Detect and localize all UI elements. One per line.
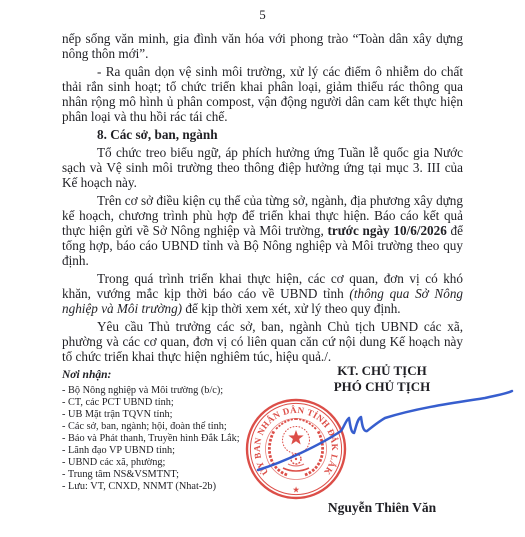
recipient-item: - Bộ Nông nghiệp và Môi trường (b/c); [62,385,272,397]
deadline-text: trước ngày 10/6/2026 [328,223,447,238]
paragraph: Trong quá trình triển khai thực hiện, cá… [62,271,463,316]
paragraph: Yêu cầu Thủ trưởng các sở, ban, ngành Ch… [62,319,463,364]
paragraph: Tổ chức treo biểu ngữ, áp phích hưởng ứn… [62,145,463,190]
text-run: nếp sống văn minh, gia đình văn hóa với … [62,31,463,61]
emblem-cogwheel-icon [291,454,301,464]
document-page: 5 nếp sống văn minh, gia đình văn hóa vớ… [62,8,463,367]
signer-title-block: KT. CHỦ TỊCH PHÓ CHỦ TỊCH [276,363,488,394]
emblem-ribbon [283,468,309,471]
recipient-item: - Lãnh đạo VP UBND tỉnh; [62,445,272,457]
seal-emblem-boundary [266,419,327,480]
recipient-item: - Các sở, ban, ngành; hội, đoàn thể tỉnh… [62,421,272,433]
seal-inner-ring [250,403,341,494]
seal-bottom-star-icon: ★ [292,486,300,496]
page-number: 5 [62,8,463,21]
recipient-item: - Trung tâm NS&VSMTNT; [62,469,272,481]
paragraph: nếp sống văn minh, gia đình văn hóa với … [62,31,463,61]
official-seal-stamp: ỦY BAN NHÂN DÂN TỈNH ĐẮK LẮK ★ [245,398,347,500]
recipient-item: - Lưu: VT, CNXD, NNMT (Nhat-2b) [62,481,272,493]
text-run: Tổ chức treo biểu ngữ, áp phích hưởng ứn… [62,145,463,190]
emblem-star-icon [288,430,303,444]
recipient-item: - UBND các xã, phường; [62,457,272,469]
signer-title-line2: PHÓ CHỦ TỊCH [276,379,488,395]
recipient-item: - Báo và Phát thanh, Truyền hình Đắk Lắk… [62,433,272,445]
paragraph: Trên cơ sở điều kiện cụ thể của từng sở,… [62,193,463,268]
recipients-block: Nơi nhận: - Bộ Nông nghiệp và Môi trường… [62,368,272,493]
section-heading: 8. Các sở, ban, ngành [62,127,463,142]
recipient-item: - CT, các PCT UBND tỉnh; [62,397,272,409]
seal-graphics: ỦY BAN NHÂN DÂN TỈNH ĐẮK LẮK ★ [247,400,345,498]
text-run: 8. Các sở, ban, ngành [97,127,218,142]
text-run: Yêu cầu Thủ trưởng các sở, ban, ngành Ch… [62,319,463,364]
signer-name: Nguyễn Thiên Văn [276,500,488,516]
recipient-item: - UB Mặt trận TQVN tỉnh; [62,409,272,421]
recipients-label: Nơi nhận: [62,368,272,382]
text-run: để kịp thời xem xét, xử lý theo quy định… [182,301,401,316]
text-run: - Ra quân dọn vệ sinh môi trường, xử lý … [62,64,463,124]
signer-title-line1: KT. CHỦ TỊCH [276,363,488,379]
paragraph: - Ra quân dọn vệ sinh môi trường, xử lý … [62,64,463,124]
